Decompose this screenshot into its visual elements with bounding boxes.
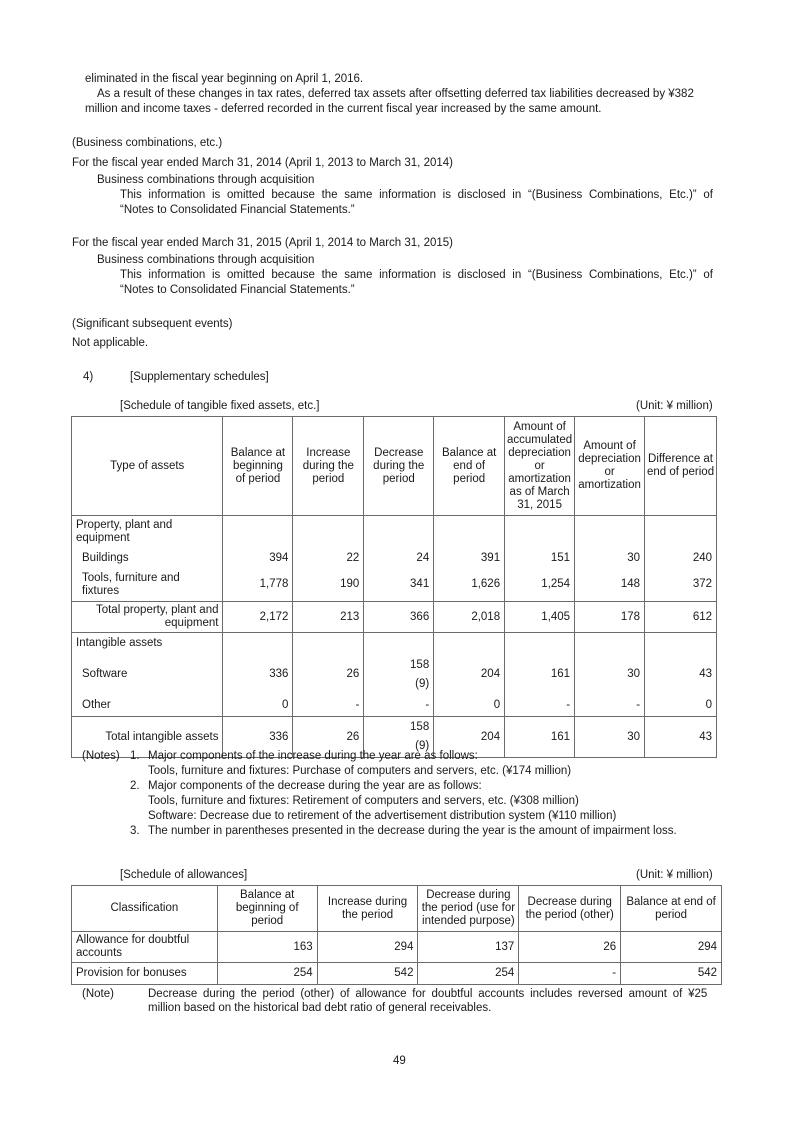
body-text: “Notes to Consolidated Financial Stateme… (120, 283, 355, 297)
header-cell: Increase during the period (317, 886, 418, 932)
table-title: [Schedule of tangible fixed assets, etc.… (120, 399, 319, 413)
table-total-row: Total property, plant and equipment 2,17… (72, 602, 717, 633)
note-text: Tools, furniture and fixtures: Retiremen… (148, 794, 579, 808)
header-cell: Balance at beginning of period (223, 417, 293, 516)
table-row: Buildings 394 22 24 391 151 30 240 (72, 548, 717, 569)
sub-heading: Business combinations through acquisitio… (97, 173, 314, 187)
table-group-row: Intangible assets (72, 633, 717, 655)
note-text: Tools, furniture and fixtures: Purchase … (148, 764, 571, 778)
note-text: Decrease during the period (other) of al… (148, 987, 728, 1001)
table-row: Provision for bonuses 254 542 254 - 542 (72, 963, 722, 985)
section-number: 4) (83, 370, 93, 384)
header-cell: Balance at end of period (434, 417, 505, 516)
table-group-row: Property, plant and equipment (72, 516, 717, 548)
section-heading: [Supplementary schedules] (130, 370, 269, 384)
unit-label: (Unit: ¥ million) (636, 399, 713, 413)
page-number: 49 (393, 1054, 406, 1068)
note-label: (Note) (82, 987, 114, 1001)
note-text: Major components of the decrease during … (148, 779, 482, 793)
note-text: The number in parentheses presented in t… (148, 824, 677, 838)
header-cell: Difference at end of period (645, 417, 717, 516)
header-cell: Amount of depreciation or amortization (575, 417, 645, 516)
sub-heading: Business combinations through acquisitio… (97, 253, 314, 267)
intro-line: million and income taxes - deferred reco… (85, 102, 601, 116)
table-header-row: Classification Balance at beginning of p… (72, 886, 722, 932)
table-row: Tools, furniture and fixtures 1,778 190 … (72, 569, 717, 602)
fiscal-year-title: For the fiscal year ended March 31, 2014… (72, 156, 453, 170)
table-title: [Schedule of allowances] (120, 868, 247, 882)
header-cell: Balance at beginning of period (217, 886, 317, 932)
section-heading: (Significant subsequent events) (72, 317, 232, 331)
notes-label: (Notes) (82, 749, 120, 763)
body-text: “Notes to Consolidated Financial Stateme… (120, 203, 355, 217)
note-text: million based on the historical bad debt… (148, 1001, 491, 1015)
header-cell: Balance at end of period (621, 886, 722, 932)
note-number: 1. (130, 749, 140, 763)
table-row: Software 336 26 158 (9) 204 161 30 43 (72, 655, 717, 695)
header-cell: Type of assets (72, 417, 223, 516)
header-cell: Decrease during the period (use for inte… (418, 886, 519, 932)
section-heading: (Business combinations, etc.) (72, 136, 222, 150)
header-cell: Decrease during the period (364, 417, 434, 516)
body-text: Not applicable. (72, 336, 148, 350)
intro-line: eliminated in the fiscal year beginning … (85, 72, 363, 86)
header-cell: Decrease during the period (other) (519, 886, 621, 932)
allowances-table: Classification Balance at beginning of p… (71, 885, 722, 985)
body-text: This information is omitted because the … (120, 268, 728, 282)
header-cell: Amount of accumulated depreciation or am… (505, 417, 575, 516)
fiscal-year-title: For the fiscal year ended March 31, 2015… (72, 236, 453, 250)
intro-line: As a result of these changes in tax rate… (97, 87, 694, 101)
body-text: This information is omitted because the … (120, 188, 728, 202)
header-cell: Increase during the period (293, 417, 364, 516)
impairment-value: (9) (368, 675, 429, 694)
group-label: Property, plant and equipment (72, 516, 223, 548)
note-number: 2. (130, 779, 140, 793)
note-text: Major components of the increase during … (148, 749, 478, 763)
header-cell: Classification (72, 886, 218, 932)
table-row: Allowance for doubtful accounts 163 294 … (72, 932, 722, 963)
note-text: Software: Decrease due to retirement of … (148, 809, 616, 823)
unit-label: (Unit: ¥ million) (636, 868, 713, 882)
note-number: 3. (130, 824, 140, 838)
table-header-row: Type of assets Balance at beginning of p… (72, 417, 717, 516)
group-label: Intangible assets (72, 633, 223, 655)
table-row: Other 0 - - 0 - - 0 (72, 695, 717, 717)
fixed-assets-table: Type of assets Balance at beginning of p… (71, 416, 717, 758)
